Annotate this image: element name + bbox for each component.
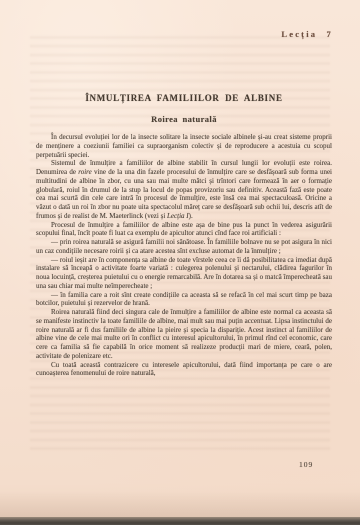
paragraph: — roiul ieșit are în componența sa albin… <box>36 256 332 291</box>
lesson-number-label: Lecția 7 <box>281 29 333 39</box>
paragraph: Roirea naturală fiind deci singura cale … <box>36 308 332 361</box>
paragraph: — prin roirea naturală se asigură famili… <box>36 238 332 256</box>
scanned-book-page: Lecția 7 ÎNMULȚIREA FAMILIILOR DE ALBINE… <box>0 0 360 525</box>
page-bottom-shadow <box>0 491 360 517</box>
scan-bottom-edge <box>0 517 360 525</box>
paragraph: Procesul de înmulțire a familiilor de al… <box>36 221 332 239</box>
page-title: ÎNMULȚIREA FAMILIILOR DE ALBINE <box>36 93 332 103</box>
page-number: 109 <box>299 460 313 469</box>
section-subtitle: Roirea naturală <box>36 114 332 124</box>
paragraph: Cu toată această contrazicere cu interes… <box>36 361 332 379</box>
body-text: În decursul evoluției lor de la insecte … <box>36 133 332 378</box>
paragraph: — în familia care a roit sînt create con… <box>36 291 332 309</box>
paragraph: Sistemul de înmulțire a familiilor de al… <box>36 159 332 220</box>
paragraph: În decursul evoluției lor de la insecte … <box>36 133 332 159</box>
